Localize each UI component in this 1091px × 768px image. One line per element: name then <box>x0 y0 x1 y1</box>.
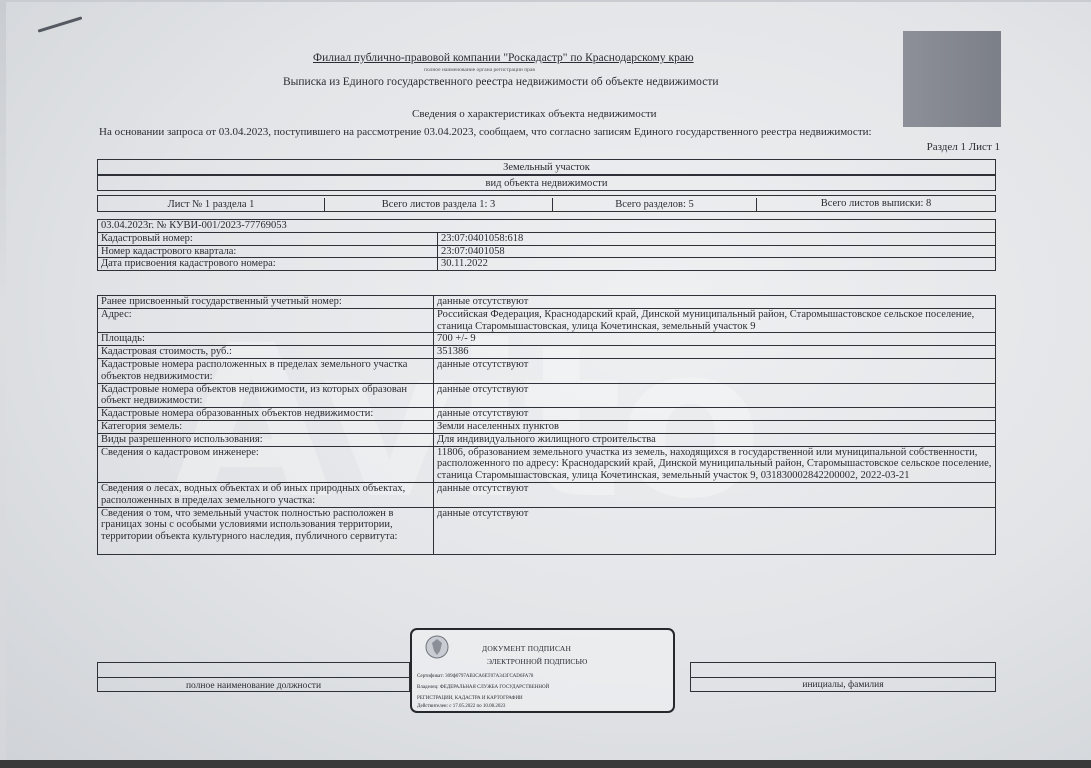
position-caption: полное наименование должности <box>98 679 409 693</box>
row-label: Номер кадастрового квартала: <box>98 245 438 258</box>
document-subtitle: Сведения о характеристиках объекта недви… <box>412 108 657 120</box>
row-label: Категория земель: <box>98 420 434 433</box>
area-value: 700 +/- 9 <box>434 333 996 346</box>
address-value: Российская Федерация, Краснодарский край… <box>434 308 996 333</box>
background-edge <box>0 760 1091 768</box>
table-row: Сведения о том, что земельный участок по… <box>98 507 996 554</box>
certificate: Сертификат: 309ф0797АВ3СА6ЕТ07А343ГСАD6F… <box>417 674 533 679</box>
engineer-value: 11806, образованием земельного участка и… <box>434 446 996 482</box>
object-type: Земельный участок <box>98 161 995 175</box>
total-sheets-section: Всего листов раздела 1: 3 <box>325 198 553 212</box>
row-value: данные отсутствуют <box>434 482 996 507</box>
row-label: Сведения о лесах, водных объектах и об и… <box>98 482 434 507</box>
request-table: 03.04.2023г. № КУВИ-001/2023-77769053 Ка… <box>97 219 996 271</box>
row-label: Кадастровые номера образованных объектов… <box>98 408 434 421</box>
row-value: данные отсутствуют <box>434 383 996 408</box>
organization-name: Филиал публично-правовой компании "Роска… <box>313 52 694 64</box>
table-row: Сведения о кадастровом инженере:11806, о… <box>98 446 996 482</box>
cadastral-number: 23:07:0401058:618 <box>438 232 996 245</box>
assignment-date: 30.11.2022 <box>438 258 996 271</box>
position-box: полное наименование должности <box>97 662 410 692</box>
stamp-title: ДОКУМЕНТ ПОДПИСАН <box>482 644 571 653</box>
details-table: Ранее присвоенный государственный учетны… <box>97 295 996 555</box>
redacted-block <box>903 31 1001 127</box>
request-id: 03.04.2023г. № КУВИ-001/2023-77769053 <box>98 220 996 233</box>
certificate-owner: Владелец: ФЕДЕРАЛЬНАЯ СЛУЖБА ГОСУДАРСТВЕ… <box>417 685 549 690</box>
table-row: Площадь:700 +/- 9 <box>98 333 996 346</box>
table-row: Кадастровая стоимость, руб.:351386 <box>98 346 996 359</box>
name-box: инициалы, фамилия <box>690 662 996 692</box>
total-sections: Всего разделов: 5 <box>553 198 757 212</box>
name-caption: инициалы, фамилия <box>691 678 995 692</box>
row-label: Ранее присвоенный государственный учетны… <box>98 296 434 309</box>
table-row: Номер кадастрового квартала: 23:07:04010… <box>98 245 996 258</box>
row-label: Кадастровые номера объектов недвижимости… <box>98 383 434 408</box>
basis-text: На основании запроса от 03.04.2023, пост… <box>99 126 872 138</box>
cadastral-quarter: 23:07:0401058 <box>438 245 996 258</box>
table-row: Категория земель:Земли населенных пункто… <box>98 420 996 433</box>
coat-of-arms-icon <box>424 634 450 660</box>
table-row: Кадастровые номера расположенных в преде… <box>98 358 996 383</box>
row-label: Дата присвоения кадастрового номера: <box>98 258 438 271</box>
cadastral-cost-value: 351386 <box>434 346 996 359</box>
row-label: Кадастровый номер: <box>98 232 438 245</box>
object-type-caption: вид объекта недвижимости <box>98 177 995 191</box>
row-label: Виды разрешенного использования: <box>98 433 434 446</box>
table-row: Дата присвоения кадастрового номера: 30.… <box>98 258 996 271</box>
row-value: данные отсутствуют <box>434 408 996 421</box>
document-title: Выписка из Единого государственного реес… <box>283 76 719 88</box>
land-category-value: Земли населенных пунктов <box>434 420 996 433</box>
row-label: Сведения о том, что земельный участок по… <box>98 507 434 554</box>
table-row: Адрес:Российская Федерация, Краснодарски… <box>98 308 996 333</box>
electronic-signature-stamp: ДОКУМЕНТ ПОДПИСАН ЭЛЕКТРОННОЙ ПОДПИСЬЮ С… <box>410 628 675 713</box>
object-type-row: Земельный участок <box>97 159 996 175</box>
row-label: Кадастровые номера расположенных в преде… <box>98 358 434 383</box>
row-label: Адрес: <box>98 308 434 333</box>
table-row: Сведения о лесах, водных объектах и об и… <box>98 482 996 507</box>
row-label: Сведения о кадастровом инженере: <box>98 446 434 482</box>
table-row: Кадастровые номера образованных объектов… <box>98 408 996 421</box>
table-row: Виды разрешенного использования:Для инди… <box>98 433 996 446</box>
permitted-use-value: Для индивидуального жилищного строительс… <box>434 433 996 446</box>
organization-caption: полное наименование органа регистрации п… <box>424 67 535 73</box>
sheet-info-row: Лист № 1 раздела 1 Всего листов раздела … <box>97 195 996 212</box>
row-label: Площадь: <box>98 333 434 346</box>
sheet-number: Лист № 1 раздела 1 <box>98 198 325 212</box>
row-value: данные отсутствуют <box>434 296 996 309</box>
total-sheets-extract: Всего листов выписки: 8 <box>757 197 995 211</box>
table-row: Кадастровые номера объектов недвижимости… <box>98 383 996 408</box>
table-row: Ранее присвоенный государственный учетны… <box>98 296 996 309</box>
row-label: Кадастровая стоимость, руб.: <box>98 346 434 359</box>
object-type-caption-row: вид объекта недвижимости <box>97 175 996 191</box>
row-value: данные отсутствуют <box>434 358 996 383</box>
row-value: данные отсутствуют <box>434 507 996 554</box>
table-row: Кадастровый номер: 23:07:0401058:618 <box>98 232 996 245</box>
certificate-validity: Действителен: с 17.05.2022 по 10.08.2023 <box>417 704 505 709</box>
stamp-subtitle: ЭЛЕКТРОННОЙ ПОДПИСЬЮ <box>487 657 587 666</box>
section-label: Раздел 1 Лист 1 <box>927 141 1000 153</box>
certificate-owner-cont: РЕГИСТРАЦИИ, КАДАСТРА И КАРТОГРАФИИ <box>417 696 523 701</box>
